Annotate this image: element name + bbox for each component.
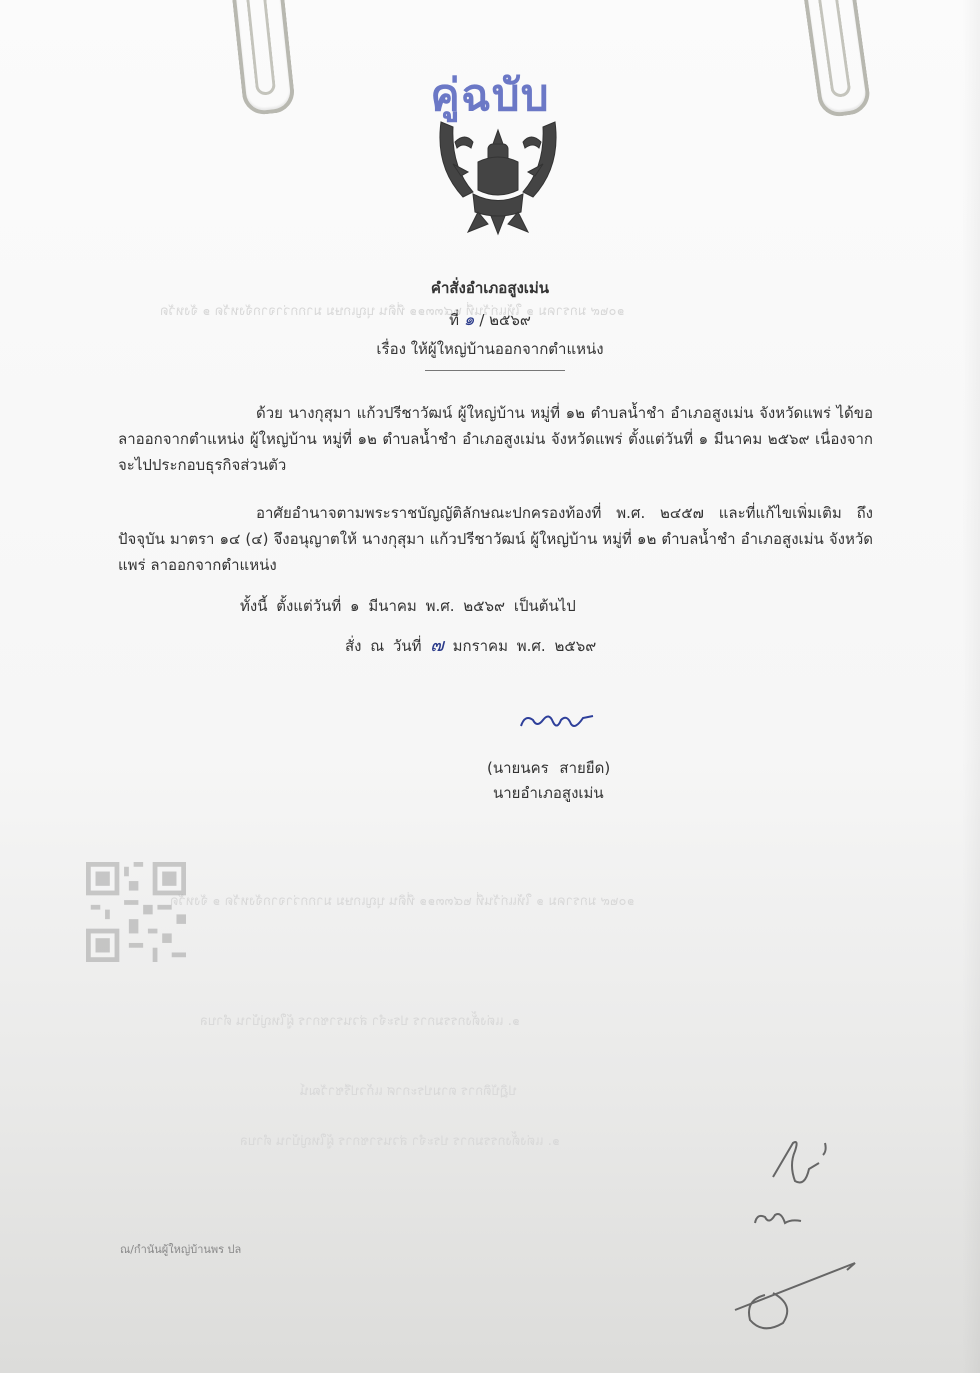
heading-divider xyxy=(425,370,565,371)
handwritten-initials-icon xyxy=(715,1125,865,1350)
order-subject: เรื่อง ให้ผู้ใหญ่บ้านออกจากตำแหน่ง xyxy=(0,337,980,361)
show-through-text: ๑. แต่งตั้งกรรมการ ประจำ ส่วนราชการ ผู้ใ… xyxy=(200,1010,520,1031)
order-title: คำสั่งอำเภอสูงเม่น xyxy=(0,276,980,300)
show-through-text: ๑. แต่งตั้งกรรมการ ประจำ ส่วนราชการ ผู้ใ… xyxy=(240,1130,560,1151)
number-prefix: ที่ xyxy=(449,311,459,329)
body-paragraph: อาศัยอำนาจตามพระราชบัญญัติลักษณะปกครองท้… xyxy=(118,500,873,578)
garuda-emblem-icon xyxy=(433,112,563,237)
qr-code-icon xyxy=(82,862,190,962)
number-suffix: / ๒๕๖๙ xyxy=(479,311,531,329)
order-number: ที่ ๑ / ๒๕๖๙ xyxy=(0,306,980,333)
page-edge-shadow xyxy=(962,0,980,1373)
signature-icon xyxy=(517,708,597,738)
handwritten-number: ๑ xyxy=(464,310,475,330)
order-date-suffix: มกราคม พ.ศ. ๒๕๖๙ xyxy=(453,637,597,655)
paragraph-text: ด้วย นางกุสุมา แก้วปรีชาวัฒน์ ผู้ใหญ่บ้า… xyxy=(118,404,873,474)
body-paragraph: ด้วย นางกุสุมา แก้วปรีชาวัฒน์ ผู้ใหญ่บ้า… xyxy=(118,400,873,478)
signer-title: นายอำเภอสูงเม่น xyxy=(493,781,604,805)
order-date-prefix: สั่ง ณ วันที่ xyxy=(345,637,422,655)
subject-label: เรื่อง xyxy=(376,340,406,358)
paragraph-text: อาศัยอำนาจตามพระราชบัญญัติลักษณะปกครองท้… xyxy=(118,504,873,574)
signer-name: (นายนคร สายยืด) xyxy=(487,756,610,780)
show-through-text: ๑๐๒๙ มกราคม ๑ ให้แก่วันที่ ๒๔๓๓๑๑ ที่ดิน… xyxy=(170,890,635,911)
handwritten-day: ๗ xyxy=(430,635,444,656)
subject-text: ให้ผู้ใหญ่บ้านออกจากตำแหน่ง xyxy=(411,340,604,358)
show-through-text: ปฏิบัติการ ตามประกาศ แก้วปรีชาวัฒน์ xyxy=(300,1080,517,1101)
order-date: สั่ง ณ วันที่ ๗ มกราคม พ.ศ. ๒๕๖๙ xyxy=(345,630,596,659)
footer-reference: ณ/กำนันผู้ใหญ่บ้านพร ปล xyxy=(120,1240,241,1258)
effective-date: ทั้งนี้ ตั้งแต่วันที่ ๑ มีนาคม พ.ศ. ๒๕๖๙… xyxy=(240,594,576,618)
